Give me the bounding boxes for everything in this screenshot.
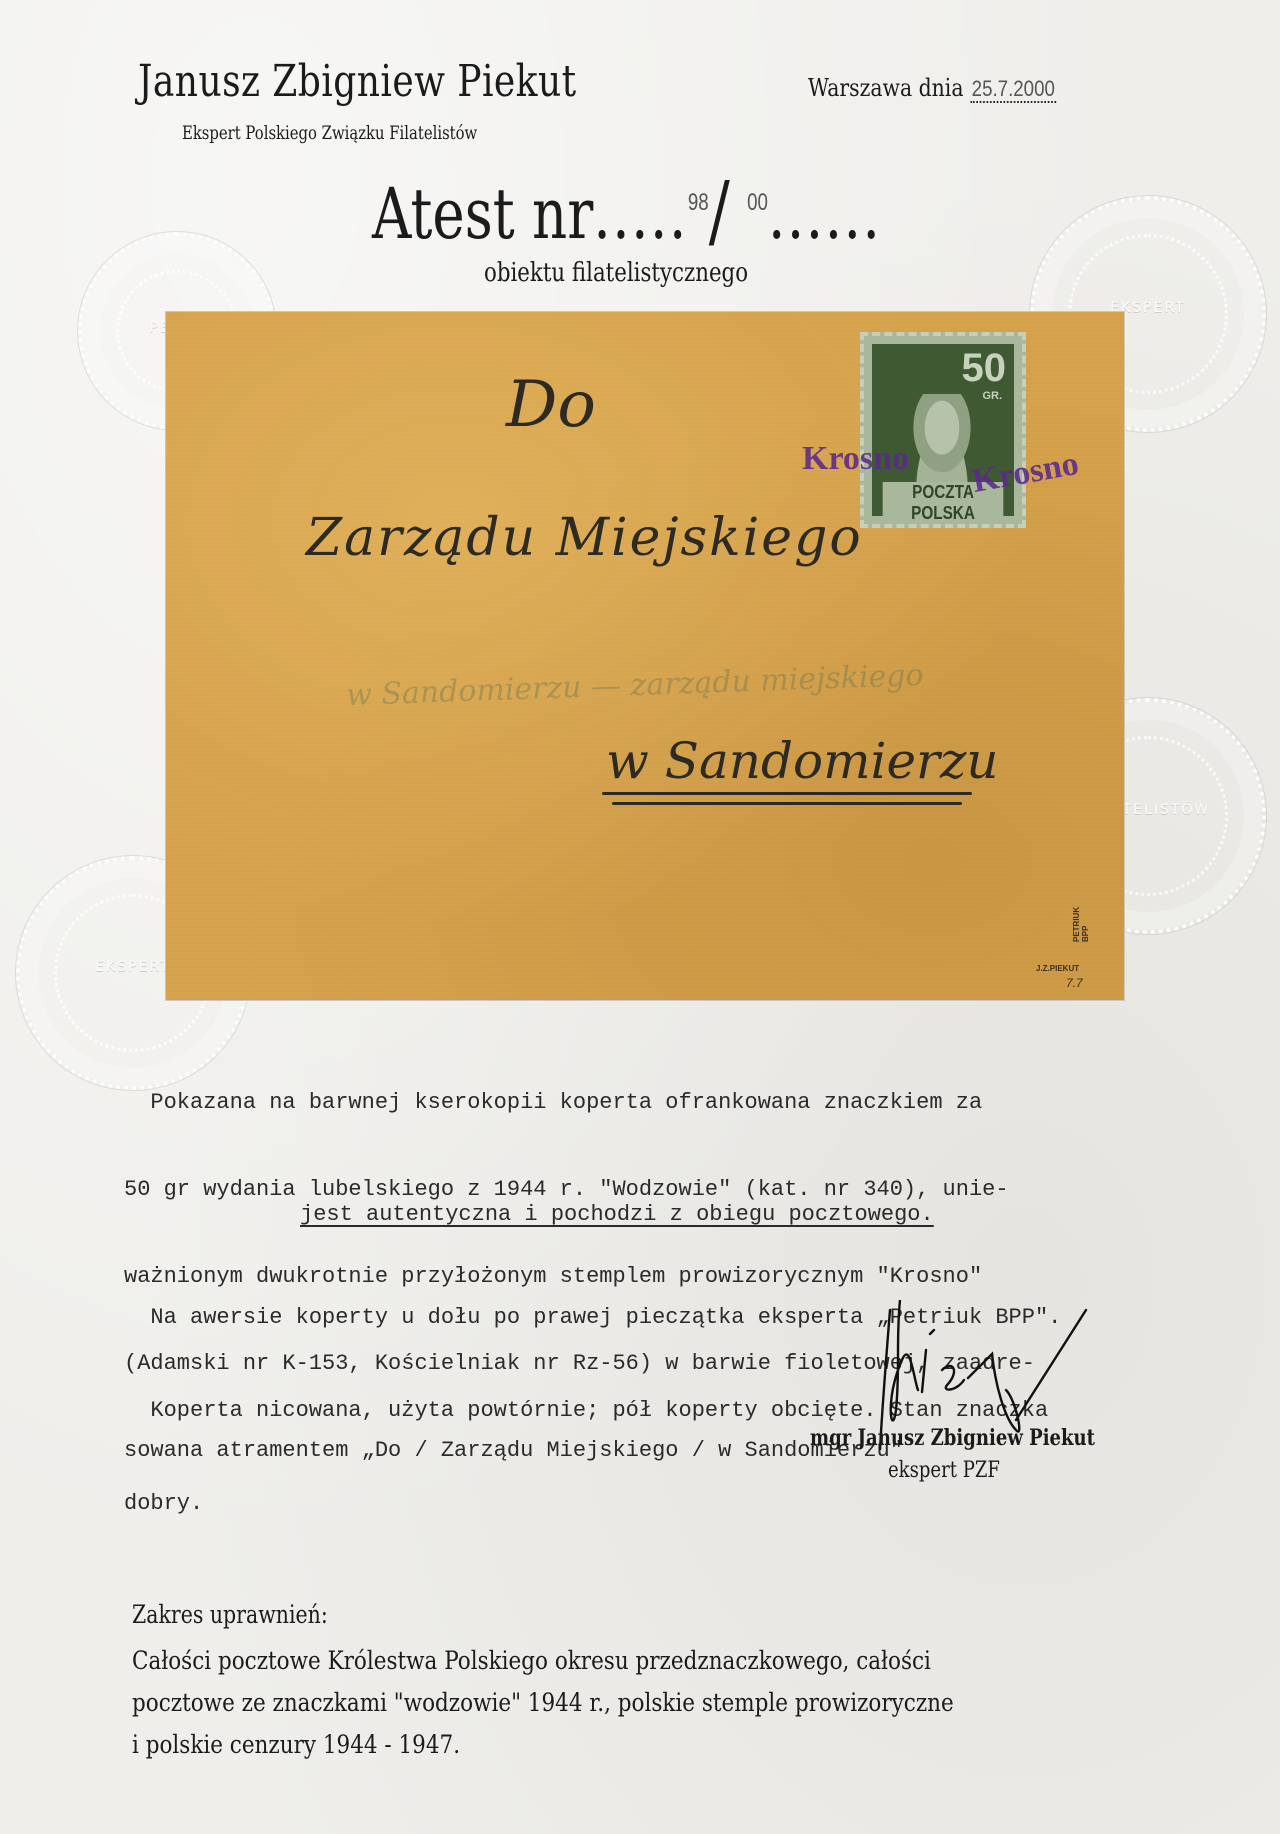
scope-heading: Zakres uprawnień:: [132, 1600, 328, 1629]
certificate-year: 00: [747, 189, 768, 216]
date-value: 25.7.2000: [970, 76, 1057, 103]
address-line-3: w Sandomierzu: [606, 732, 999, 790]
certificate-number: 98: [688, 189, 709, 216]
faded-backside-writing: w Sandomierzu — zarządu miejskiego: [346, 658, 925, 713]
place-label: Warszawa dnia: [808, 74, 963, 102]
address-line-2: Zarządu Miejskiego: [306, 508, 863, 568]
scope-body: Całości pocztowe Królestwa Polskiego okr…: [132, 1640, 954, 1766]
envelope-photocopy: Do Zarządu Miejskiego w Sandomierzu — za…: [166, 312, 1124, 1000]
place-date: Warszawa dnia 25.7.2000: [808, 74, 1057, 102]
authenticity-verdict: jest autentyczna i pochodzi z obiegu poc…: [300, 1200, 934, 1229]
expert-affiliation: Ekspert Polskiego Związku Filatelistów: [182, 122, 477, 144]
signer-title: ekspert PZF: [888, 1458, 1000, 1483]
description-line: Pokazana na barwnej kserokopii koperta o…: [124, 1088, 1035, 1117]
stamp-unit: GR.: [982, 390, 1002, 402]
notes-line: dobry.: [124, 1488, 1061, 1519]
dots-left: .....: [593, 173, 688, 255]
scope-line: Całości pocztowe Królestwa Polskiego okr…: [132, 1640, 954, 1682]
scope-line: pocztowe ze znaczkami "wodzowie" 1944 r.…: [132, 1682, 954, 1724]
address-underline: [602, 792, 972, 795]
expert-name-heading: Janusz Zbigniew Piekut: [138, 56, 577, 107]
certificate-title-label: Atest nr: [372, 173, 593, 255]
expert-mark-piekut: J.Z.PIEKUT: [1036, 964, 1079, 973]
address-line-1: Do: [506, 368, 596, 442]
scope-line: i polskie cenzury 1944 - 1947.: [132, 1724, 954, 1766]
stamp-portrait-icon: [902, 394, 982, 490]
stamp-value: 50: [962, 346, 1007, 391]
expert-mark-petriuk: PETRIUK BPP: [1072, 890, 1090, 942]
cancel-mark-1: Krosno: [802, 440, 909, 478]
certificate-title: Atest nr.....98/ 00......: [372, 164, 881, 257]
expert-mark-date: 7.7: [1066, 976, 1083, 990]
certificate-object-label: obiektu filatelistycznego: [484, 258, 748, 288]
postage-stamp: 50 GR. POCZTA POLSKA: [860, 332, 1026, 528]
slash: /: [709, 164, 730, 257]
address-underline: [612, 802, 962, 805]
dots-right: ......: [768, 173, 882, 255]
signer-name: mgr Janusz Zbigniew Piekut: [810, 1425, 1095, 1451]
